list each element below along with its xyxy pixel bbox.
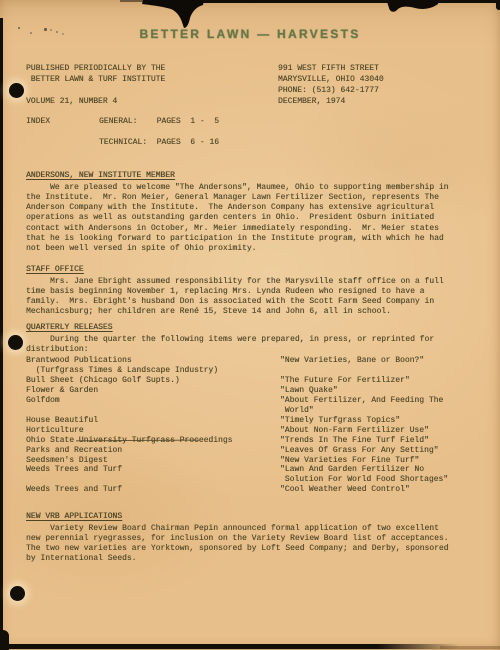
hole-punch [10,586,25,601]
bottom-edge-line [0,644,460,649]
index-technical: TECHNICAL: PAGES 6 - 16 [99,138,219,148]
newsletter-page: BETTER LAWN — HARVESTS PUBLISHED PERIODI… [0,0,500,650]
masthead-title: BETTER LAWN — HARVESTS [0,27,500,41]
section-heading: ANDERSONS, NEW INSTITUTE MEMBER [26,171,175,181]
right-corner-sliver [496,0,500,10]
section-body: We are pleased to welcome "The Andersons… [26,183,448,254]
section-body: Mrs. Jane Ebright assumed responsibility… [26,277,444,318]
release-titles-column: "New Varieties, Bane or Boon?" "The Futu… [280,356,448,495]
address-block: 991 WEST FIFTH STREET MARYSVILLE, OHIO 4… [278,63,384,107]
bottom-left-corner-smudge [0,630,9,650]
left-edge-line [0,18,3,650]
bottom-edge-shadow [440,646,500,649]
section-quarterly-releases: QUARTERLY RELEASES During the quarter th… [26,316,434,355]
section-heading: QUARTERLY RELEASES [26,323,112,333]
section-heading: NEW VRB APPLICATIONS [26,512,122,522]
index-label: INDEX [26,117,50,127]
section-body: Variety Review Board Chairman Pepin anno… [26,524,448,565]
section-intro: During the quarter the following items w… [26,335,434,355]
hole-punch [9,83,24,98]
section-vrb: NEW VRB APPLICATIONS Variety Review Boar… [26,505,448,565]
release-outlets-column: Brantwood Publications (Turfgrass Times … [26,356,232,495]
section-staff-office: STAFF OFFICE Mrs. Jane Ebright assumed r… [26,258,444,318]
hole-punch [8,335,23,350]
section-heading: STAFF OFFICE [26,265,84,275]
ink-blob-right [385,0,440,15]
section-andersons: ANDERSONS, NEW INSTITUTE MEMBER We are p… [26,164,448,254]
publisher-lines: PUBLISHED PERIODICALLY BY THE BETTER LAW… [26,63,165,85]
index-general: GENERAL: PAGES 1 - 5 [99,117,219,127]
volume-line: VOLUME 21, NUMBER 4 [26,96,117,107]
